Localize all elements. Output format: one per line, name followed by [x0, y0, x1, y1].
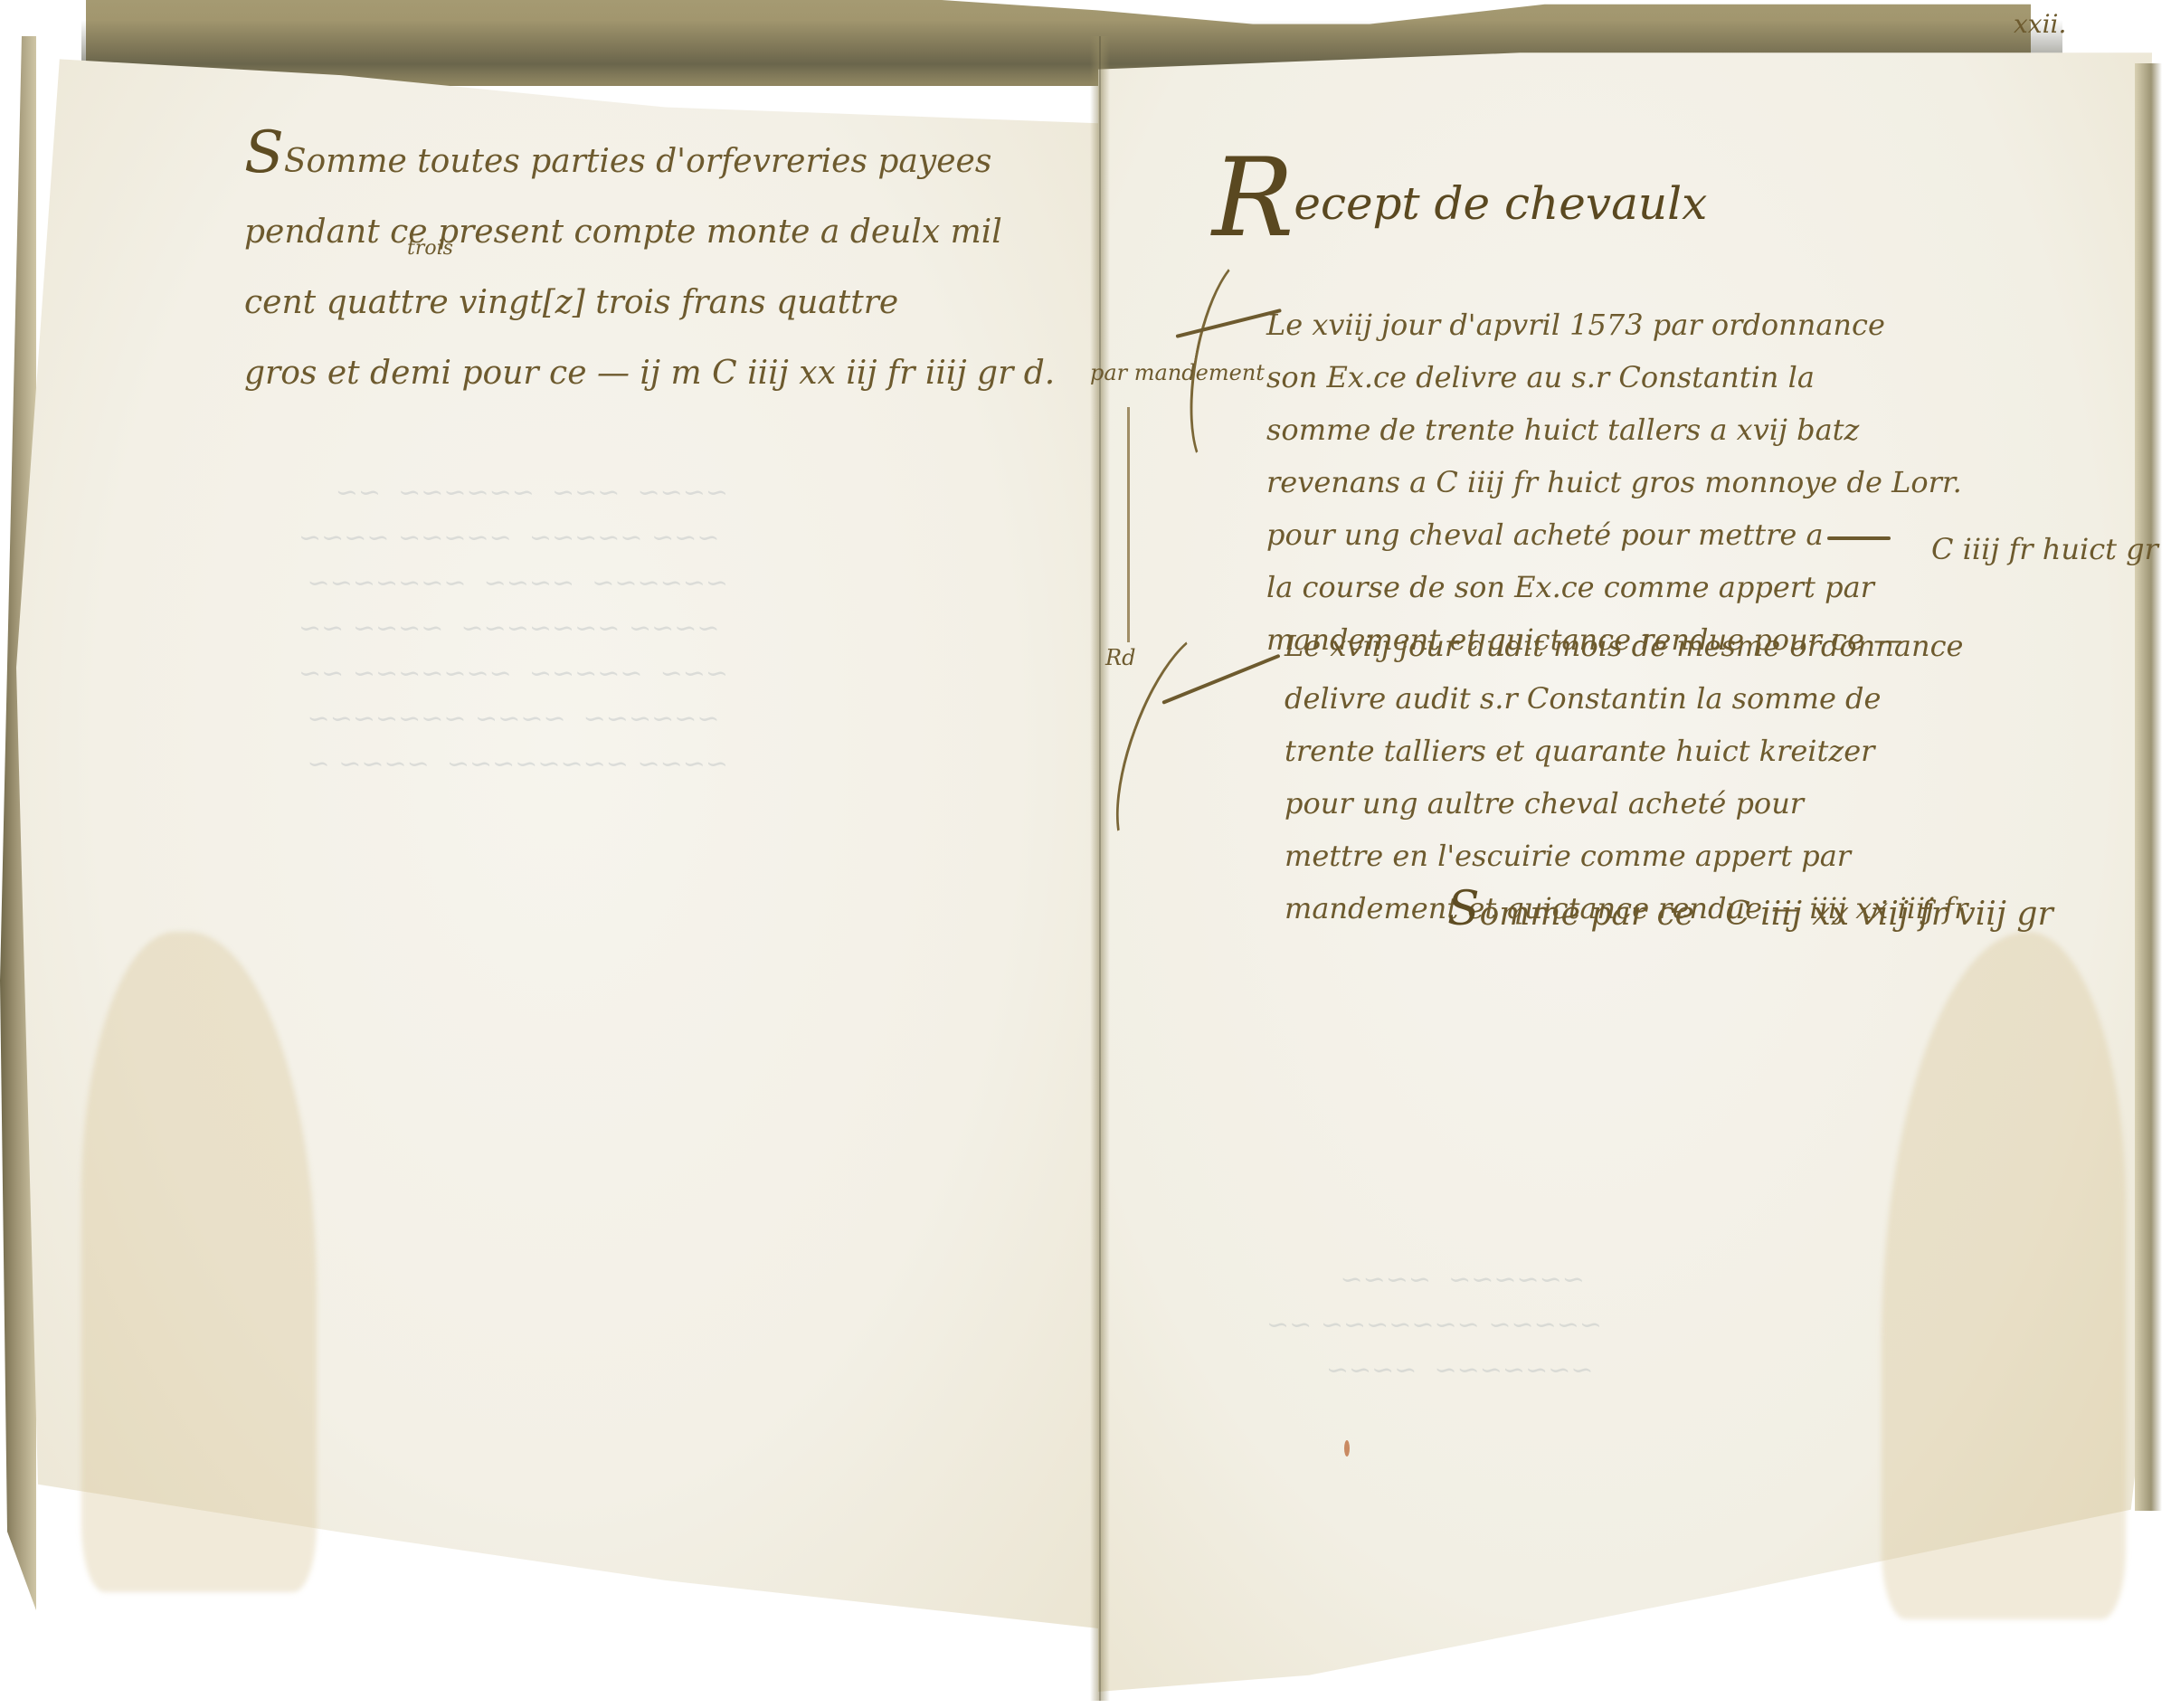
entry-1-line: la course de son Ex.ce comme appert par	[1266, 561, 1962, 613]
total-label: omme par ce	[1480, 896, 1694, 933]
total-initial: S	[1447, 882, 1480, 936]
total-value: C iiij xx viij fr viij gr	[1725, 896, 2052, 933]
summary-line-1: SSomme toutes parties d'orfevreries paye…	[244, 118, 1055, 197]
interlinear-correction: trois	[407, 237, 453, 260]
entry-2-line: pour ung aultre cheval acheté pour	[1285, 777, 1967, 830]
summary-line-3: cent quattre vingt[z] trois frans quattr…	[244, 268, 1055, 338]
entry-2-line: delivre audit s.r Constantin la somme de	[1285, 672, 1967, 725]
bleedthrough-left: ~~~~ ~~~ ~~~~~~ ~~ ~~~ ~~~~~ ~~~~~ ~~~~ …	[299, 470, 728, 787]
book-gutter	[1090, 36, 1110, 1701]
entry-1-line: revenans a C iiij fr huict gros monnoye …	[1266, 456, 1962, 508]
entry-1-line: pour ung cheval acheté pour mettre a	[1266, 508, 1962, 561]
summary-line-2: pendant ce present compte monte a deulx …	[244, 197, 1055, 268]
entry-1-line: Le xviij jour d'apvril 1573 par ordonnan…	[1266, 299, 1962, 351]
entry-2-line: trente talliers et quarante huict kreitz…	[1285, 725, 1967, 777]
entry-2-line: mettre en l'escuirie comme appert par	[1285, 830, 1967, 882]
summary-line-4: gros et demi pour ce — ij m C iiij xx ii…	[244, 338, 1055, 409]
folio-number: xxii.	[2014, 9, 2066, 39]
left-summary-block: SSomme toutes parties d'orfevreries paye…	[244, 118, 1055, 409]
right-page-stack-edge	[2135, 63, 2162, 1511]
section-heading: Recept de chevaulx	[1212, 136, 1707, 261]
heading-initial: R	[1212, 136, 1294, 261]
heading-text: ecept de chevaulx	[1294, 177, 1707, 230]
margin-note-1: par mandement	[1090, 360, 1265, 385]
entry-1-amount: C iiij fr huict gr	[1931, 532, 2158, 566]
entry-1-line: son Ex.ce delivre au s.r Constantin la	[1266, 351, 1962, 403]
margin-note-2: Rd	[1105, 645, 1135, 670]
entry-1-amount-dash	[1827, 536, 1891, 540]
book-spread: ~~~~ ~~~ ~~~~~~ ~~ ~~~ ~~~~~ ~~~~~ ~~~~ …	[0, 0, 2171, 1708]
bleedthrough-right: ~~~~~~ ~~~~ ~~~~~ ~~~~~~~ ~~ ~~~~~~~ ~~~…	[1266, 1257, 1602, 1393]
entry-2-line: Le xviij jour dudit mois de mesme ordonn…	[1285, 620, 1967, 672]
page-total: Somme par ce C iiij xx viij fr viij gr	[1447, 882, 2053, 936]
entry-1-line: somme de trente huict tallers a xvij bat…	[1266, 403, 1962, 456]
entry-1: Le xviij jour d'apvril 1573 par ordonnan…	[1266, 299, 1962, 666]
paper-spot	[1344, 1440, 1350, 1457]
margin-bracket-line	[1127, 407, 1130, 642]
